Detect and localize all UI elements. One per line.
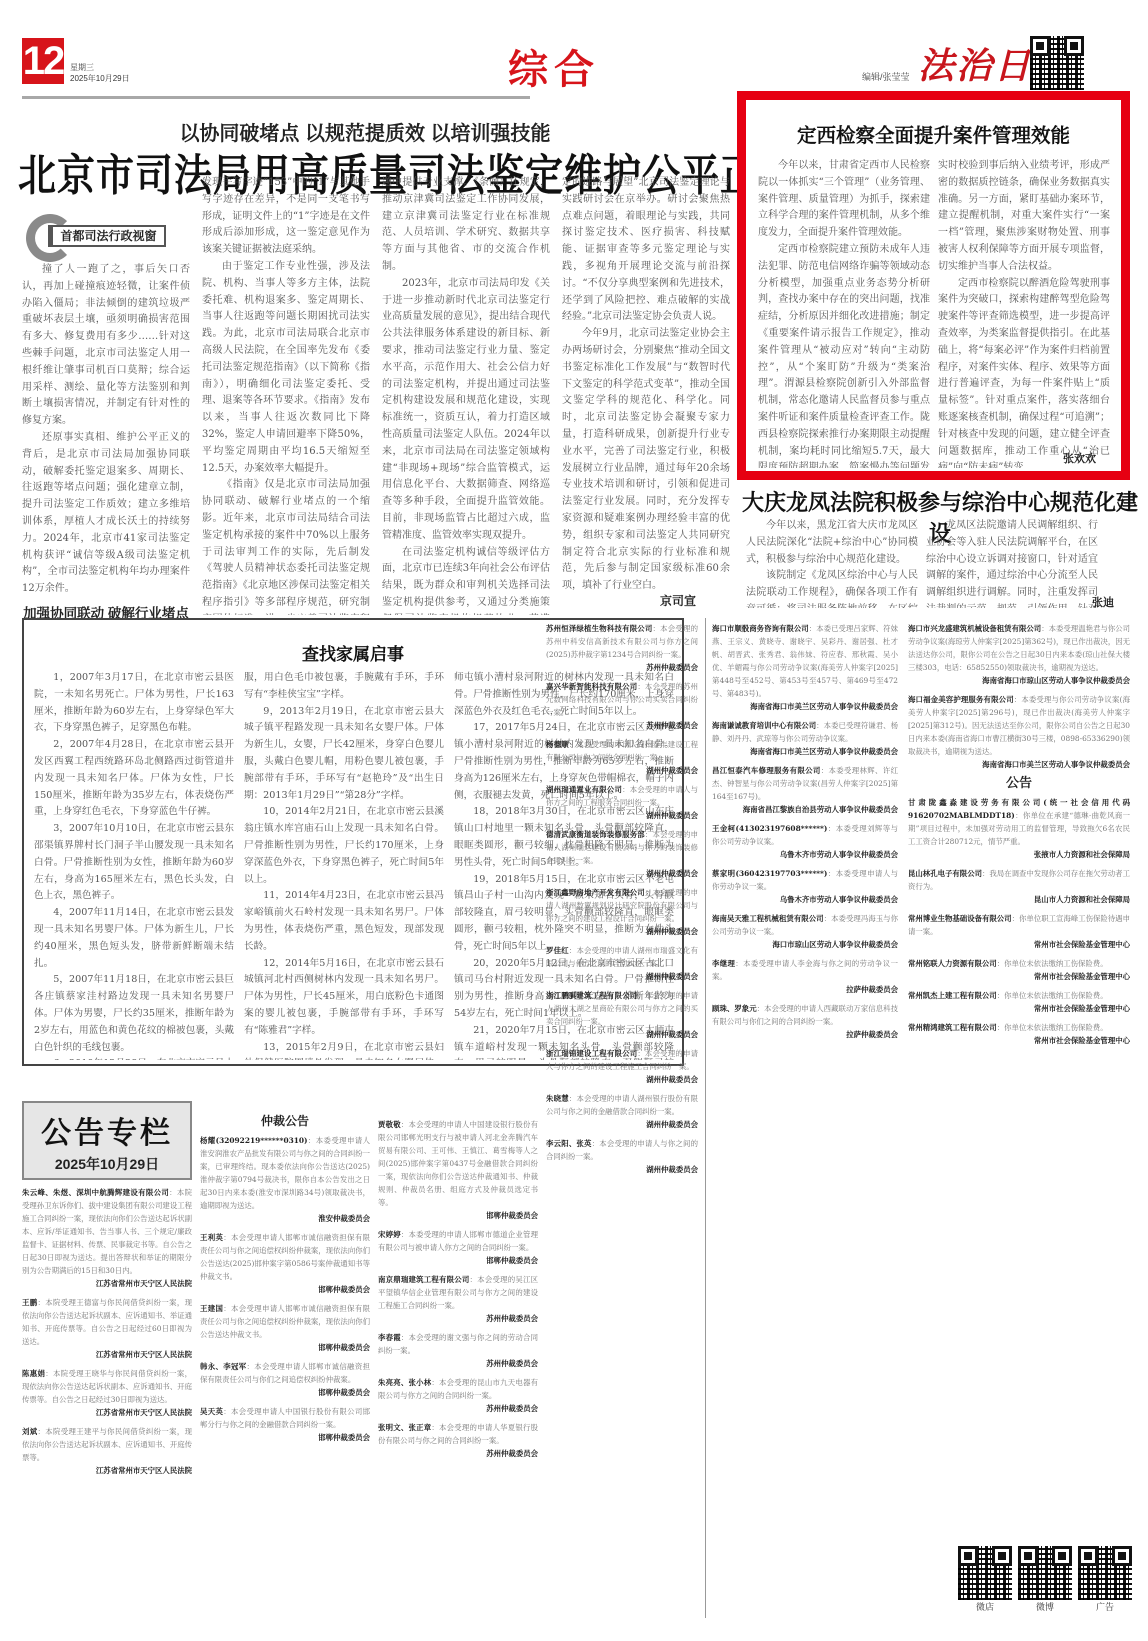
lead-column-4: 定的进路与展望”北京司法鉴定理论与实践研讨会在京举办。研讨会聚焦热点难点问题，着… [562, 175, 730, 595]
notice-item: 顾珠、罗象元：本会受理的申请人西藏联动万家信息科技有限公司与你们之间的合同纠纷一… [712, 1002, 898, 1041]
notice-column-header: 公告专栏 2025年10月29日 [22, 1101, 192, 1180]
lead-column-2: 发现手写字迹“153”中的“1”与其他手写字迹存在差异，不是同一支笔书写形成，证… [202, 175, 370, 615]
qr-code-icon [1030, 36, 1084, 90]
notice-list-1: 朱云峰、朱煜、深圳中航腾辉建设有限公司：本院受理孙卫东诉你们、拔中建设集团有限公… [22, 1186, 192, 1636]
notice-item: 浙江瑞锦建设工程有限公司：本会受理的申请人与你方之间的建设工程施工合同纠纷一案。… [546, 1047, 698, 1086]
qr-code-icon [958, 1546, 1012, 1600]
featured-byline: 张欢欢 [1063, 450, 1096, 466]
notice-list-4: 苏州恒泽绿植生物科技有限公司：本会受理的苏州中科安信高新技术有限公司与你方之间(… [546, 622, 698, 1638]
notice-item: 海口市顺骰商务咨询有限公司：本委已受理吕家辉、符妹燕、王宗义、黄晓寺、谢晓宇、吴… [712, 622, 898, 713]
notice-item: 朱亮亮、张小林：本会受理的昆山市九天电器有限公司与你方之间的合同纠纷一案。苏州仲… [378, 1376, 538, 1415]
notice-item: 罗佳红：本会受理的申请人湖州市瑞盛文化有限公司与你方之间的合同纠纷一案。湖州仲裁… [546, 944, 698, 983]
notice-item: 杨德顺：本会受理的申请人湖州泰丰建设工程有限公司与你之间的合同纠纷一案。湖州仲裁… [546, 738, 698, 777]
third-column-1: 今年以来，黑龙江省大庆市龙凤区人民法院深化“法院+综治中心”协同模式，积极参与综… [746, 518, 918, 608]
page-number: 12 [22, 38, 64, 84]
column-badge-label: 首都司法行政视窗 [48, 225, 166, 247]
arbitration-heading: 仲裁公告 [200, 1112, 370, 1129]
qr-weibo[interactable]: 微博 [1018, 1546, 1072, 1613]
notice-item: 王金柯(413023197608******)：本委受理刘辉等与你公司劳动争议案… [712, 822, 898, 861]
column-badge: 首都司法行政视窗 [26, 214, 166, 254]
notice-item: 韩永、李冠军：本会受理申请人邯郸市诚信融资担保有限责任公司与你们之间追偿权纠纷仲… [200, 1360, 370, 1399]
notice-item: 海南吴天雅工程机械租赁有限公司：本委受理冯海玉与你公司劳动争议一案。海口市琼山区… [712, 912, 898, 951]
featured-column-2: 实时校验到事后纳入业绩考评，形成严密的数据质控链条，确保业务数据真实准确。另一方… [938, 158, 1110, 468]
notice-item: 杨耀(32092219******0310)：本委受理申请人淮安润淮农产品批发有… [200, 1134, 370, 1225]
editor-credit: 编辑/张莹莹 [862, 70, 910, 83]
notice-item: 常州精鸿建筑工程有限公司：你单位未依法缴纳工伤保险费。常州市社会保险基金管理中心 [908, 1021, 1130, 1047]
featured-story-box: 定西检察全面提升案件管理效能 今年以来，甘肃省定西市人民检察院以一体抓实“三个管… [737, 91, 1130, 480]
notice-item: 嘉兴华新智能科技有限公司：本会受理的苏州元数网络科技有限公司与你公司买卖合同纠纷… [546, 680, 698, 732]
notice-item: 王利英：本会受理申请人邯郸市诚信融资担保有限责任公司与你之间追偿权纠纷仲裁案，现… [200, 1231, 370, 1296]
notice-item: 蔡家明(360423197703******)：本委受理申请人与你劳动争议一案。… [712, 867, 898, 906]
notice-column-1: 1，2007年3月17日，在北京市密云县医院，一未知名男死亡。尸体为男性，尸长1… [34, 670, 234, 1060]
notice-column-2: 服，用白色毛巾被包裹，手腕戴有手环，手环写有“李桂侠宝宝”字样。 9，2013年… [244, 670, 444, 1060]
notice-column-title: 公告专栏 [24, 1108, 190, 1152]
notice-item: 海口市兴龙盛建筑机械设备租赁有限公司：本委受理温艳君与你公司劳动争议案(海琼劳人… [908, 622, 1130, 687]
notice-item: 南京鼎瑞建筑工程有限公司：本会受理的吴江区平望镇华信企业管理有限公司与你方之间的… [378, 1273, 538, 1325]
lead-column-1: 撞了人一跑了之，事后矢口否认，再加上碰撞痕迹轻微，让案件侦办陷入僵局；非法倾倒的… [22, 262, 190, 622]
notice-item: 王建国：本会受理申请人邯郸市诚信融资担保有限责任公司与你之间追偿权纠纷仲裁案，现… [200, 1302, 370, 1354]
qr-code-icon [1018, 1546, 1072, 1600]
qr-code-icon [1078, 1546, 1132, 1600]
notice-item: 浙江鹏骐建筑工程有限公司：本会受理的申请人湖州太湖之星商砼有限公司与你方之间的买… [546, 989, 698, 1041]
notice-list-2: 杨耀(32092219******0310)：本委受理申请人淮安润淮农产品批发有… [200, 1134, 370, 1634]
notice-item: 朱晓慧：本会受理的申请人湖州银行股份有限公司与你之间的金融借款合同纠纷一案。湖州… [546, 1092, 698, 1131]
notice-column-date: 2025年10月29日 [24, 1154, 190, 1174]
notice-item: 李继理：本委受理申请人李金海与你之间的劳动争议一案。拉萨仲裁委员会 [712, 957, 898, 996]
notice-list-5: 海口市顺骰商务咨询有限公司：本委已受理吕家辉、符妹燕、王宗义、黄晓寺、谢晓宇、吴… [712, 622, 898, 1638]
notice-item: 常州博业生物基础设备有限公司：你单位职工宣海峰工伤保险待遇申请一案。常州市社会保… [908, 912, 1130, 951]
notice-list-6: 海口市兴龙盛建筑机械设备租赁有限公司：本委受理温艳君与你公司劳动争议案(海琼劳人… [908, 622, 1130, 1532]
notice-item: 朱云峰、朱煜、深圳中航腾辉建设有限公司：本院受理孙卫东诉你们、拔中建设集团有限公… [22, 1186, 192, 1290]
lead-byline: 京司宣 [660, 592, 696, 609]
header-divider [22, 96, 530, 99]
qr-ads[interactable]: 广告 [1078, 1546, 1132, 1613]
notice-item: 海南谦诚教育培训中心有限公司：本委已受理符谦君、杨静、刘丹丹、武琼等与你公司劳动… [712, 719, 898, 758]
notice-item: 苏州恒泽绿植生物科技有限公司：本会受理的苏州中科安信高新技术有限公司与你方之间(… [546, 622, 698, 674]
notice-item: 宋婷婷：本委受理的申请人邯郸市德道企业管理有限公司与被申请人你方之间的合同纠纷一… [378, 1228, 538, 1267]
section-title: 综合 [508, 38, 600, 95]
announcement-heading: 公告 [908, 777, 1130, 790]
notice-item: 常州铭联人力资源有限公司：你单位未依法缴纳工伤保险费。常州市社会保险基金管理中心 [908, 957, 1130, 983]
notice-item: 海口福金美容护理服务有限公司：本委受理与你公司劳动争议案(海美劳人仲案字[202… [908, 693, 1130, 771]
notice-item: 张明文、张正章：本会受理的申请人华夏银行股份有限公司与你之间的合同纠纷一案。苏州… [378, 1421, 538, 1460]
notice-item: 刘斌：本院受理王建平与你民间借贷纠纷一案，现依法向你公告送达起诉状副本、应诉通知… [22, 1425, 192, 1477]
notice-item: 王鹏：本院受理王德富与你民间借贷纠纷一案，现依法向你公告送达起诉状副本、应诉通知… [22, 1296, 192, 1361]
lead-column-3: 题中提供专业支撑。《条例》还规定，推动京津冀司法鉴定工作协同发展，建立京津冀司法… [382, 175, 550, 615]
notice-item: 陈惠娟：本院受理王晓华与你民间借贷纠纷一案，现依法向你公告送达起诉状副本、应诉通… [22, 1367, 192, 1419]
notice-item: 湖州瑞通置业有限公司：本会受理的申请人与你方之间的工程服务合同纠纷一案。湖州仲裁… [546, 783, 698, 822]
notice-item: 浙江鑫野房地产开发有限公司：本会受理的申请人湖州数翼规划设计研究院股份有限公司与… [546, 886, 698, 938]
issue-date: 2025年10月29日 [70, 73, 130, 84]
third-byline: 张迪 [1092, 594, 1114, 610]
qr-weidian[interactable]: 微店 [958, 1546, 1012, 1613]
weekday: 星期三 [70, 62, 130, 73]
notice-item: 李春霞：本会受理的谢文强与你之间的劳动合同纠纷一案。苏州仲裁委员会 [378, 1331, 538, 1370]
notice-item: 甘肃陇鑫淼建设劳务有限公司(统一社会信用代码91620702MABLMDDT18… [908, 796, 1130, 861]
issue-date-block: 星期三 2025年10月29日 [70, 62, 130, 84]
footer-qr-codes: 微店 微博 广告 [958, 1546, 1132, 1613]
notice-item: 昌江恒泰汽车修理服务有限公司：本委受理林辉、许红杰、钟智星与你公司劳动争议案(昌… [712, 764, 898, 816]
third-column-2: 龙凤区法院邀请人民调解组织、行业协会等入驻人民法院调解平台，在区综治中心设立诉调… [926, 518, 1098, 608]
notice-item: 昆山林孔电子有限公司：我局在调查中发现你公司存在拖欠劳动者工资行为。昆山市人力资… [908, 867, 1130, 906]
column-divider [705, 618, 706, 1618]
notice-list-3: 贾敬敬：本会受理的申请人中国建设银行股份有限公司邯郸光明支行与被申请人河北金奔腾… [378, 1118, 538, 1638]
featured-headline: 定西检察全面提升案件管理效能 [746, 120, 1121, 148]
notice-item: 常州凯杰上建工程有限公司：你单位未依法缴纳工伤保险费。常州市社会保险基金管理中心 [908, 989, 1130, 1015]
notice-item: 贾敬敬：本会受理的申请人中国建设银行股份有限公司邯郸光明支行与被申请人河北金奔腾… [378, 1118, 538, 1222]
notice-item: 德清武康衡道装饰装修服务部：本会受理的申请人湖州瑞达建设有限公司与你方的装饰装修… [546, 828, 698, 880]
notice-item: 李云阳、张英：本会受理的申请人与你之间的合同纠纷一案。湖州仲裁委员会 [546, 1137, 698, 1176]
notice-item: 吴天英：本会受理申请人中国银行股份有限公司邯郸分行与你之间的金融借款合同纠纷一案… [200, 1405, 370, 1444]
featured-column-1: 今年以来，甘肃省定西市人民检察院以一体抓实“三个管理”（业务管理、案件管理、质量… [758, 158, 930, 468]
